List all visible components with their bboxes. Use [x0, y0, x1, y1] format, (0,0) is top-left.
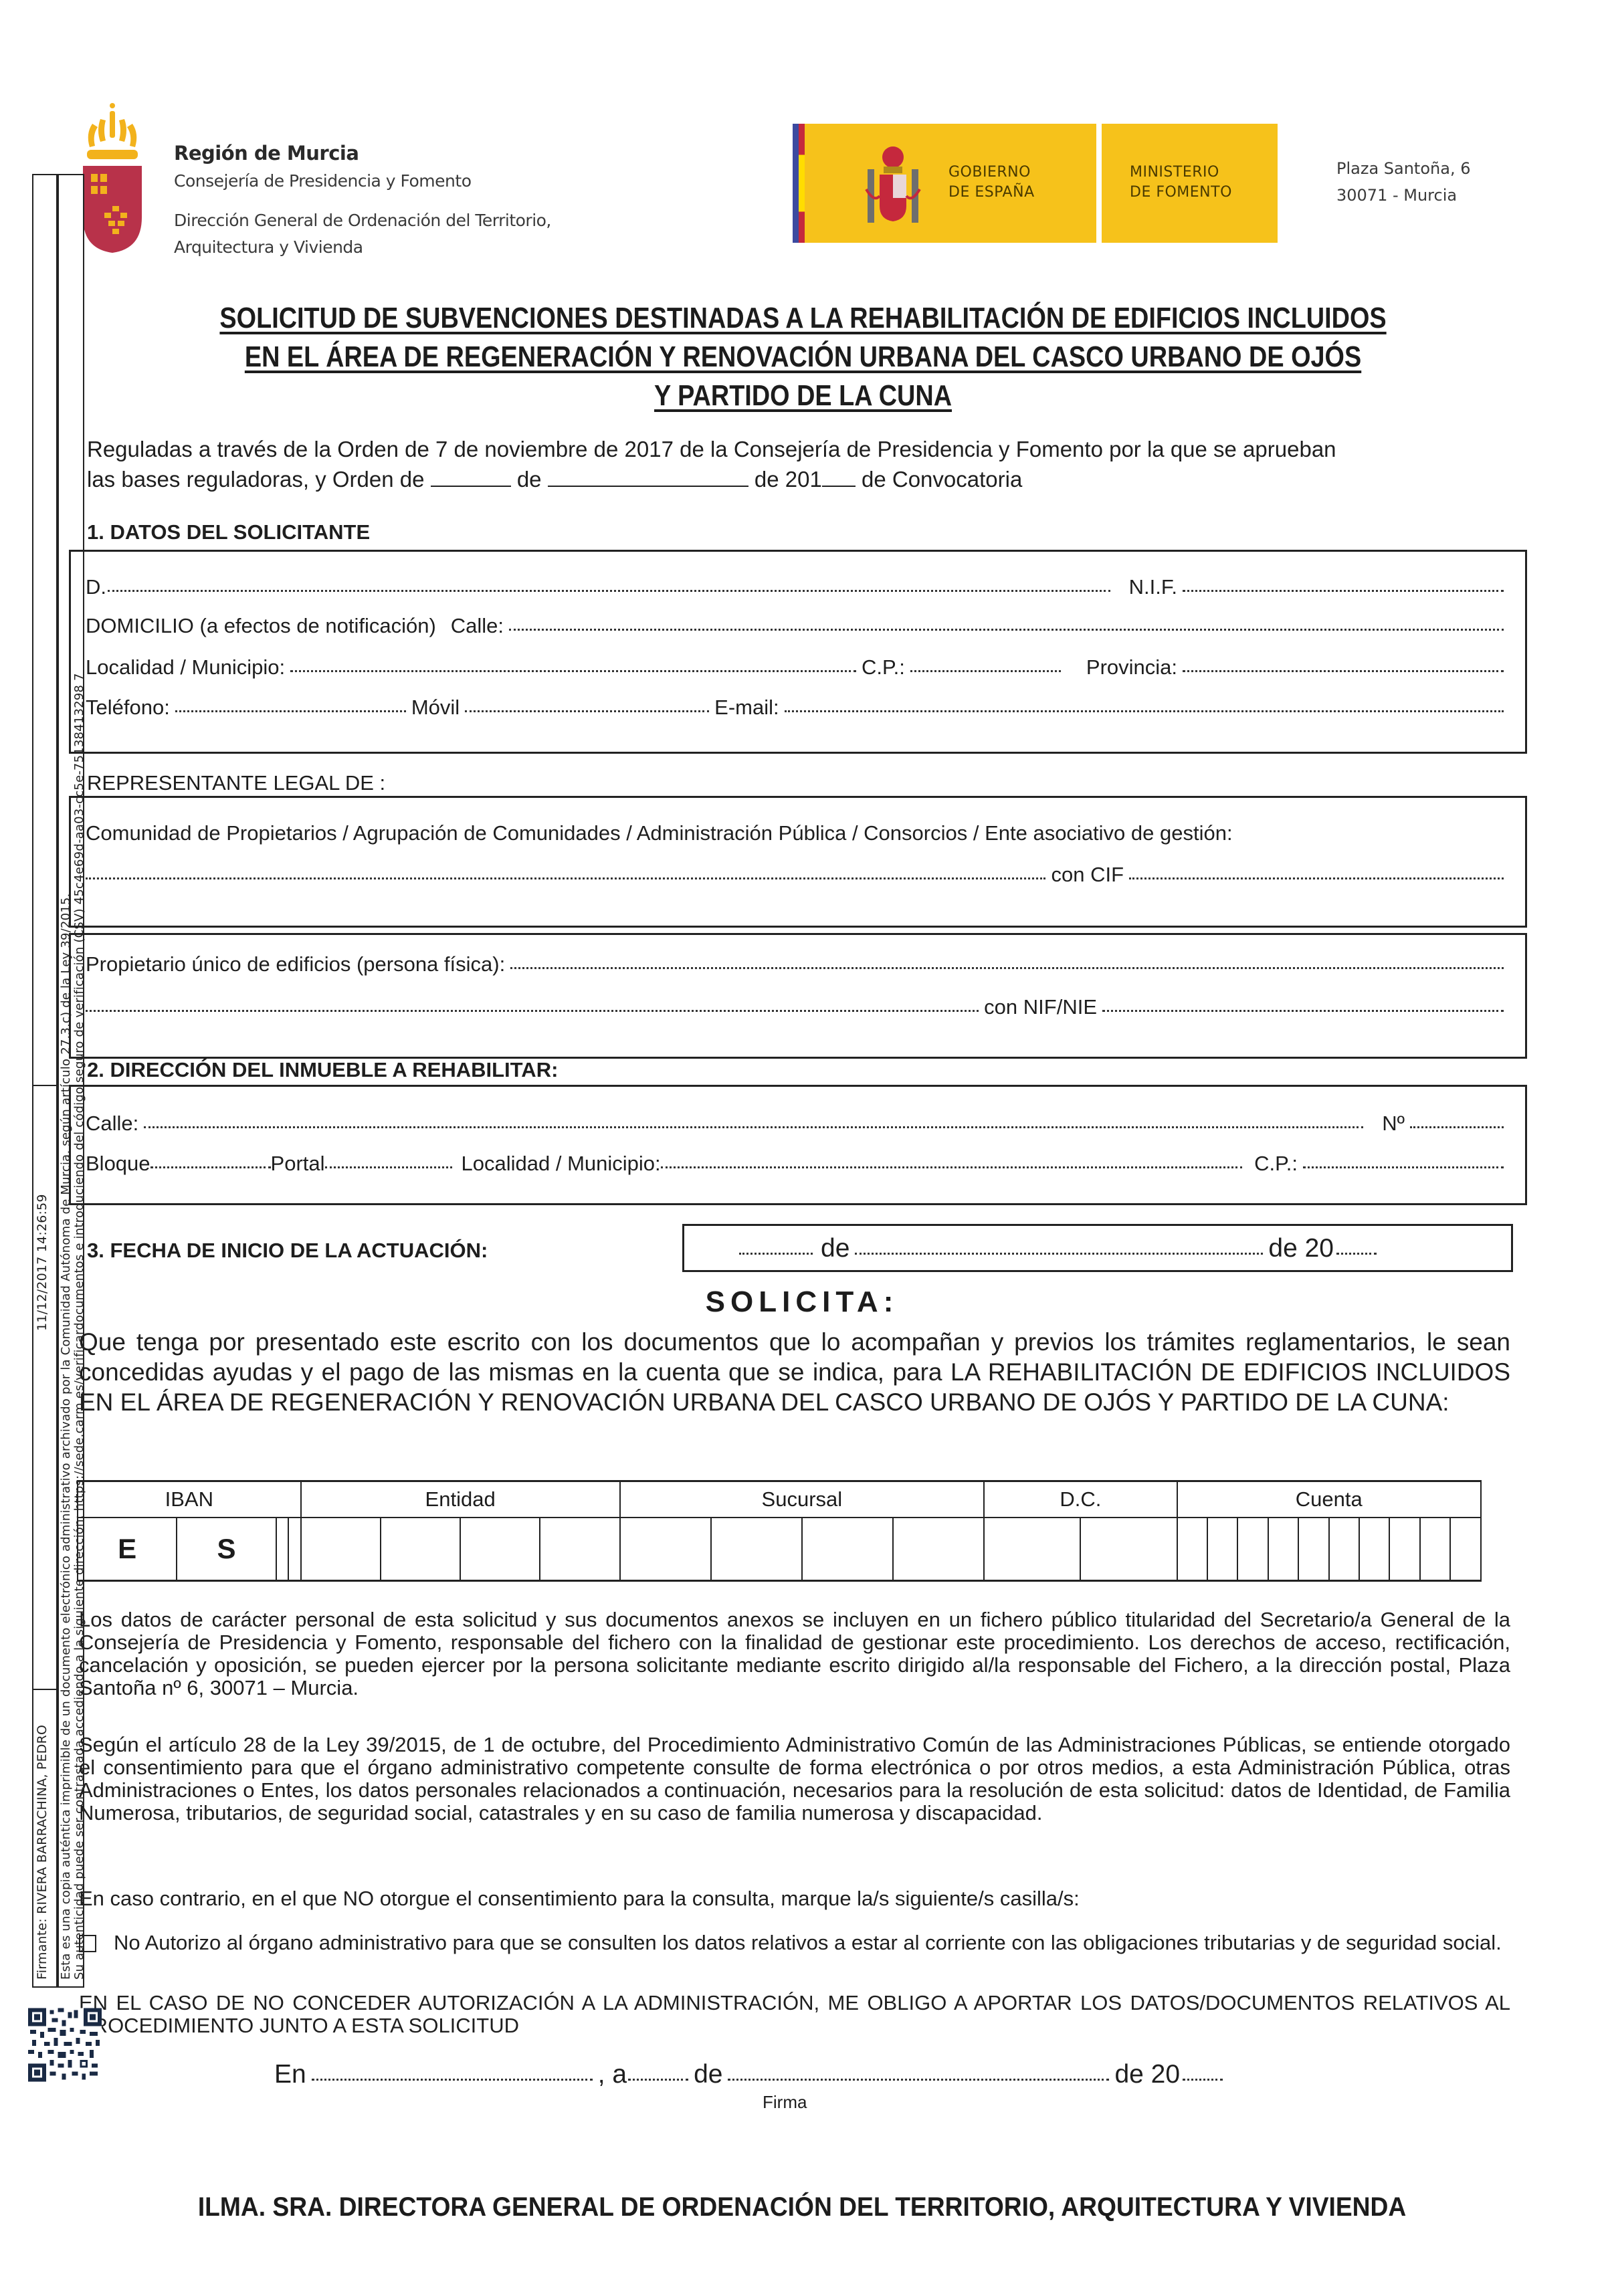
privacy-notice: Los datos de carácter personal de esta s… — [79, 1608, 1510, 1699]
property-numero-label: Nº — [1382, 1112, 1405, 1136]
signature-year-field[interactable] — [1183, 2078, 1223, 2081]
applicant-address-row: DOMICILIO (a efectos de notificación) Ca… — [86, 614, 1509, 638]
applicant-email-field[interactable] — [785, 710, 1504, 712]
cp-label: C.P.: — [862, 655, 905, 680]
csv-qr-code-icon[interactable] — [28, 2006, 102, 2083]
applicant-locality-field[interactable] — [290, 669, 856, 672]
property-box — [69, 1085, 1527, 1205]
owner-name-field[interactable] — [510, 966, 1504, 969]
applicant-name-field[interactable] — [108, 589, 1110, 592]
firma-label: Firma — [763, 2092, 807, 2113]
bank-digit-cell[interactable] — [1298, 1518, 1328, 1581]
document-title-line1: SOLICITUD DE SUBVENCIONES DESTINADAS A L… — [113, 301, 1492, 336]
localidad-label: Localidad / Municipio: — [86, 655, 285, 680]
bloque-label: Bloque — [86, 1152, 151, 1176]
signature-place-date-row: En , a de de 20 — [274, 2060, 1228, 2089]
property-localidad-label: Localidad / Municipio: — [462, 1152, 661, 1176]
applicant-locality-row: Localidad / Municipio: C.P.: Provincia: — [86, 655, 1509, 680]
bank-digit-cell[interactable] — [288, 1518, 301, 1581]
applicant-mobile-field[interactable] — [465, 710, 709, 712]
bank-account-cells-row: ES — [78, 1518, 1481, 1581]
owner-nif-row: con NIF/NIE — [86, 995, 1509, 1019]
portal-label: Portal — [271, 1152, 325, 1176]
bank-column-header-entidad: Entidad — [301, 1481, 620, 1518]
bank-digit-cell[interactable] — [1450, 1518, 1481, 1581]
movil-label: Móvil — [411, 696, 460, 720]
applicant-contact-row: Teléfono: Móvil E-mail: — [86, 696, 1509, 720]
bank-digit-cell[interactable] — [1237, 1518, 1268, 1581]
domicilio-label: DOMICILIO (a efectos de notificación) — [86, 614, 436, 638]
signature-a-label: , a — [598, 2060, 627, 2089]
bank-digit-cell: E — [78, 1518, 177, 1581]
bank-digit-cell[interactable] — [301, 1518, 381, 1581]
obligation-notice: EN EL CASO DE NO CONCEDER AUTORIZACIÓN A… — [79, 1992, 1510, 2037]
owner-name-field-2[interactable] — [86, 1009, 979, 1012]
bank-digit-cell[interactable] — [1080, 1518, 1177, 1581]
signature-en-label: En — [274, 2060, 306, 2089]
owner-label: Propietario único de edificios (persona … — [86, 952, 505, 976]
bank-digit-cell[interactable] — [1420, 1518, 1450, 1581]
telefono-label: Teléfono: — [86, 696, 170, 720]
bank-column-header-sucursal: Sucursal — [620, 1481, 985, 1518]
property-street-field[interactable] — [144, 1126, 1363, 1128]
entity-cif-field[interactable] — [1129, 877, 1504, 879]
nif-label: N.I.F. — [1129, 575, 1177, 599]
regulation-line2: las bases reguladoras, y Orden de de de … — [87, 466, 1022, 493]
signature-month-field[interactable] — [728, 2078, 1109, 2081]
address-line1: Plaza Santoña, 6 — [1336, 155, 1470, 182]
representante-heading: REPRESENTANTE LEGAL DE : — [87, 771, 385, 795]
spain-flag-strip — [799, 124, 805, 243]
bank-digit-cell[interactable] — [1207, 1518, 1237, 1581]
address-line2: 30071 - Murcia — [1336, 182, 1470, 209]
section1-heading: 1. DATOS DEL SOLICITANTE — [87, 520, 370, 544]
entity-name-field[interactable] — [86, 877, 1045, 879]
section3-heading: 3. FECHA DE INICIO DE LA ACTUACIÓN: — [87, 1239, 488, 1263]
document-title-line2: EN EL ÁREA DE REGENERACIÓN Y RENOVACIÓN … — [113, 340, 1492, 375]
property-cp-field[interactable] — [1303, 1166, 1504, 1168]
section2-heading: 2. DIRECCIÓN DEL INMUEBLE A REHABILITAR: — [87, 1058, 558, 1082]
ministerio-line1: MINISTERIO — [1130, 163, 1219, 183]
provincia-label: Provincia: — [1086, 655, 1177, 680]
region-name: Región de Murcia — [174, 142, 359, 165]
bank-digit-cell[interactable] — [381, 1518, 460, 1581]
solicita-heading: SOLICITA: — [0, 1285, 1604, 1319]
no-autorizo-text: No Autorizo al órgano administrativo par… — [114, 1932, 1510, 1954]
gobierno-panel: GOBIERNO DE ESPAÑA — [805, 124, 1096, 243]
stamp-signer: Firmante: RIVERA BARRACHINA, PEDRO — [35, 1725, 49, 1980]
bank-account-table: IBANEntidadSucursalD.C.Cuenta ES — [77, 1480, 1482, 1582]
bank-digit-cell[interactable] — [1329, 1518, 1359, 1581]
start-date-de-label: de — [821, 1234, 849, 1263]
bank-digit-cell[interactable] — [893, 1518, 984, 1581]
bank-digit-cell[interactable] — [276, 1518, 289, 1581]
property-block-field[interactable] — [151, 1166, 271, 1168]
spain-coat-of-arms-icon — [865, 142, 921, 226]
property-calle-label: Calle: — [86, 1112, 138, 1136]
calle-label: Calle: — [451, 614, 504, 638]
applicant-province-field[interactable] — [1183, 669, 1504, 672]
property-number-field[interactable] — [1410, 1126, 1504, 1128]
stamp-authenticity-line1: Esta es una copia auténtica imprimible d… — [59, 894, 73, 1980]
bank-digit-cell: S — [177, 1518, 276, 1581]
signature-place-field[interactable] — [312, 2078, 593, 2081]
start-date-row: de de 20 — [739, 1234, 1382, 1263]
applicant-nif-field[interactable] — [1183, 589, 1504, 592]
applicant-phone-field[interactable] — [175, 710, 406, 712]
gobierno-line2: DE ESPAÑA — [948, 183, 1035, 203]
bank-digit-cell[interactable] — [1177, 1518, 1207, 1581]
ministerio-line2: DE FOMENTO — [1130, 183, 1232, 203]
address-block: Plaza Santoña, 6 30071 - Murcia — [1336, 155, 1470, 209]
bank-column-header-iban: IBAN — [78, 1481, 301, 1518]
bank-column-header-cuenta: Cuenta — [1177, 1481, 1481, 1518]
d-label: D. — [86, 575, 106, 599]
orden-year-field[interactable] — [822, 467, 856, 487]
bank-digit-cell[interactable] — [1268, 1518, 1298, 1581]
start-day-field[interactable] — [739, 1252, 813, 1255]
signature-year-label: de 20 — [1114, 2060, 1180, 2089]
signature-day-field[interactable] — [628, 2078, 688, 2081]
property-portal-field[interactable] — [325, 1166, 452, 1168]
bank-digit-cell[interactable] — [540, 1518, 619, 1581]
direccion-general-line2: Arquitectura y Vivienda — [174, 237, 363, 257]
signature-de-label: de — [694, 2060, 722, 2089]
orden-day-field[interactable] — [431, 467, 511, 487]
document-title-line3: Y PARTIDO DE LA CUNA — [113, 379, 1492, 413]
gobierno-line1: GOBIERNO — [948, 163, 1031, 183]
solicita-text: Que tenga por presentado este escrito co… — [79, 1327, 1510, 1417]
start-date-year-label: de 20 — [1268, 1234, 1334, 1263]
start-month-field[interactable] — [855, 1252, 1263, 1255]
applicant-name-row: D. N.I.F. — [86, 575, 1509, 599]
region-murcia-crest-icon — [79, 100, 146, 254]
owner-row: Propietario único de edificios (persona … — [86, 952, 1509, 976]
owner-nif-field[interactable] — [1102, 1009, 1504, 1012]
property-cp-label: C.P.: — [1254, 1152, 1298, 1176]
addressee: ILMA. SRA. DIRECTORA GENERAL DE ORDENACI… — [56, 2192, 1548, 2222]
applicant-cp-field[interactable] — [910, 669, 1061, 672]
ministerio-panel: MINISTERIO DE FOMENTO — [1102, 124, 1278, 243]
property-detail-row: Bloque Portal Localidad / Municipio: C.P… — [86, 1152, 1509, 1176]
email-label: E-mail: — [714, 696, 779, 720]
stamp-authenticity-line2[interactable]: Su autenticidad puede ser contrastada ac… — [72, 673, 86, 1980]
bank-account-header-row: IBANEntidadSucursalD.C.Cuenta — [78, 1481, 1481, 1518]
property-locality-field[interactable] — [661, 1166, 1242, 1168]
bank-digit-cell[interactable] — [1359, 1518, 1389, 1581]
bank-digit-cell[interactable] — [1389, 1518, 1419, 1581]
orden-month-field[interactable] — [548, 467, 748, 487]
entity-row: con CIF — [86, 863, 1509, 887]
cif-label: con CIF — [1051, 863, 1124, 887]
bank-column-header-dc: D.C. — [984, 1481, 1177, 1518]
start-year-field[interactable] — [1336, 1252, 1377, 1255]
contrary-notice: En caso contrario, en el que NO otorgue … — [79, 1887, 1510, 1910]
consejeria-name: Consejería de Presidencia y Fomento — [174, 171, 472, 191]
regulation-line1: Reguladas a través de la Orden de 7 de n… — [87, 436, 1518, 463]
bank-digit-cell[interactable] — [460, 1518, 540, 1581]
bank-digit-cell[interactable] — [984, 1518, 1080, 1581]
consent-notice: Según el artículo 28 de la Ley 39/2015, … — [79, 1734, 1510, 1824]
nif-nie-label: con NIF/NIE — [984, 995, 1097, 1019]
bank-digit-cell[interactable] — [802, 1518, 893, 1581]
stamp-timestamp: 11/12/2017 14:26:59 — [35, 1194, 49, 1331]
direccion-general-line1: Dirección General de Ordenación del Terr… — [174, 211, 551, 230]
gobierno-espana-banner: GOBIERNO DE ESPAÑA MINISTERIO DE FOMENTO — [793, 124, 1278, 243]
entity-label: Comunidad de Propietarios / Agrupación d… — [86, 821, 1233, 845]
bank-digit-cell[interactable] — [620, 1518, 711, 1581]
entity-box — [69, 796, 1527, 928]
bank-digit-cell[interactable] — [711, 1518, 802, 1581]
applicant-street-field[interactable] — [509, 628, 1504, 631]
property-street-row: Calle: Nº — [86, 1112, 1509, 1136]
